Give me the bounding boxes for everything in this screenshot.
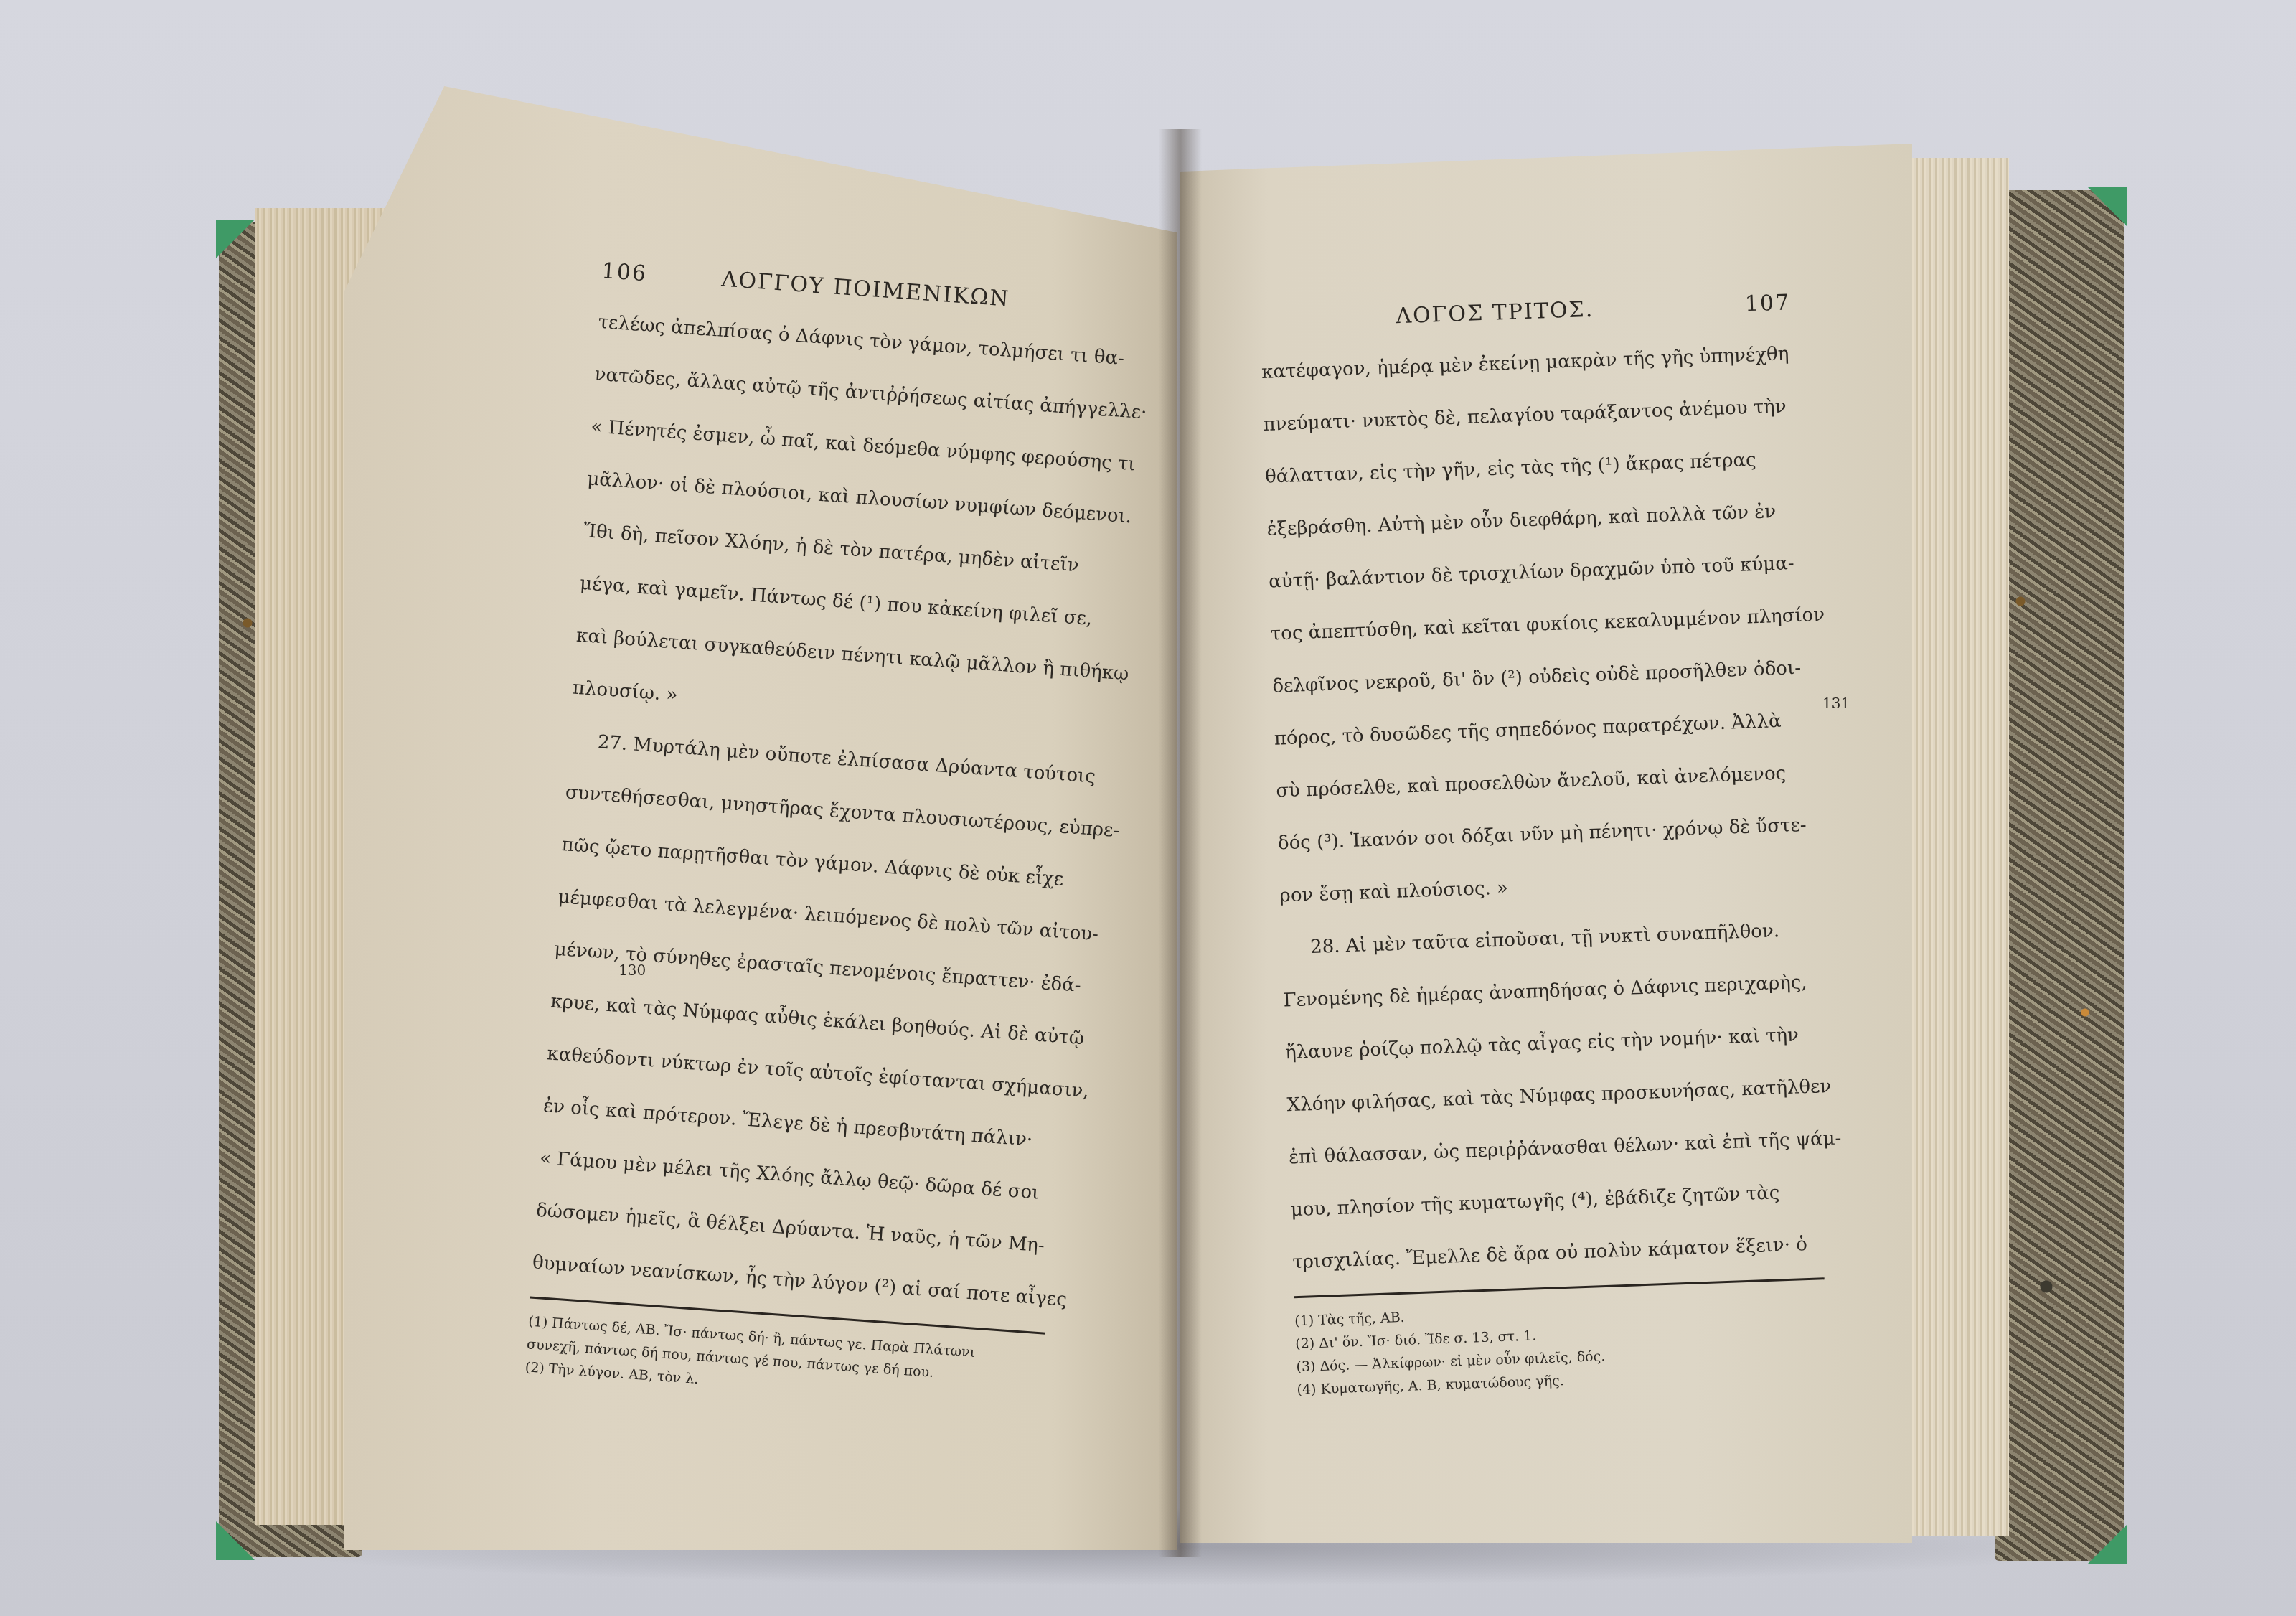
margin-line-number: 131 [1822,695,1850,712]
right-marbled-cover [1995,190,2124,1561]
book-gutter [1159,129,1202,1557]
corner-leather [216,220,255,258]
margin-line-number: 130 [618,962,646,979]
left-page-text: 106 ΛΟΓΓΟΥ ΠΟΙΜΕΝΙΚΩΝ τελέως ἀπελπίσας ὁ… [524,258,1118,1414]
page-number: 107 [1744,290,1790,316]
corner-leather [216,1521,255,1560]
corner-leather [2088,187,2127,226]
corner-leather [2088,1525,2127,1564]
right-page-text: ΛΟΓΟΣ ΤΡΙΤΟΣ. 107 κατέφαγον, ἡμέρᾳ μὲν ἐ… [1259,290,1828,1401]
page-number: 106 [601,258,649,286]
